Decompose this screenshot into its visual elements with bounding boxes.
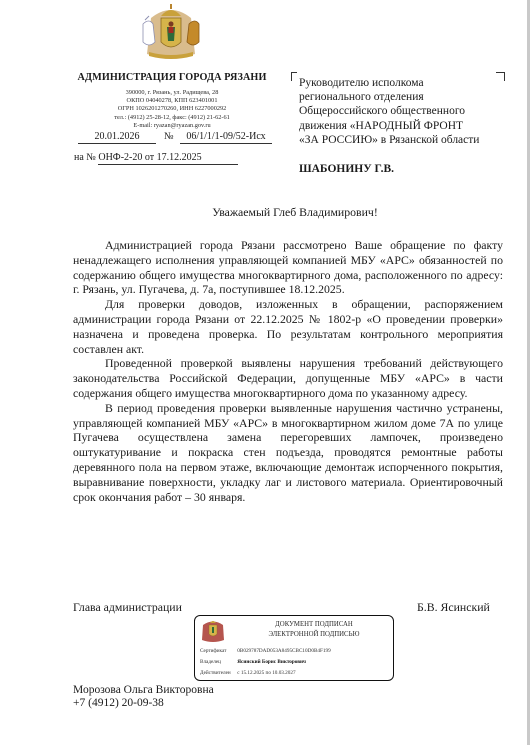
- paragraph: Для проверки доводов, изложенных в обращ…: [73, 297, 503, 356]
- letter-body: Администрацией города Рязани рассмотрено…: [73, 238, 503, 504]
- addressee-line: Общероссийского общественного: [299, 104, 519, 118]
- stamp-validity-row: Действителен с 15.12.2025 по 10.03.2027: [200, 670, 296, 676]
- okpo-line: ОКПО 04040278, КПП 623401001: [72, 97, 272, 105]
- salutation: Уважаемый Глеб Владимирович!: [60, 205, 530, 220]
- addressee-bracket-left: [291, 72, 297, 81]
- addressee-line: Руководителю исполкома: [299, 76, 519, 90]
- addressee-block: Руководителю исполкома регионального отд…: [299, 76, 519, 147]
- stamp-heading-line1: ДОКУМЕНТ ПОДПИСАН: [239, 620, 389, 630]
- addressee-line: движения «НАРОДНЫЙ ФРОНТ: [299, 119, 519, 133]
- registration-line: 20.01.2026 № 06/1/1/1-09/52-Исх: [78, 130, 268, 144]
- executor-contact: Морозова Ольга Викторовна +7 (4912) 20-0…: [73, 684, 214, 710]
- organization-contacts: 390000, г. Рязань, ул. Радищева, 28 ОКПО…: [72, 89, 272, 130]
- paragraph: Администрацией города Рязани рассмотрено…: [73, 238, 503, 297]
- executor-name: Морозова Ольга Викторовна: [73, 684, 214, 697]
- paragraph: Проведенной проверкой выявлены нарушения…: [73, 356, 503, 400]
- phone-fax-line: тел.: (4912) 25-28-12, факс: (4912) 21-6…: [72, 114, 272, 122]
- stamp-heading: ДОКУМЕНТ ПОДПИСАН ЭЛЕКТРОННОЙ ПОДПИСЬЮ: [239, 620, 389, 640]
- stamp-heading-line2: ЭЛЕКТРОННОЙ ПОДПИСЬЮ: [239, 630, 389, 640]
- document-date: 20.01.2026: [78, 130, 156, 144]
- reference-value: ОНФ-2-20 от 17.12.2025: [98, 151, 238, 165]
- signatory-title: Глава администрации: [73, 600, 182, 615]
- owner-value: Ясинский Борис Викторович: [237, 659, 306, 665]
- ogrn-line: ОГРН 1026201270260, ИНН 6227000292: [72, 105, 272, 113]
- owner-label: Владелец: [200, 659, 236, 665]
- reference-line: на № ОНФ-2-20 от 17.12.2025: [74, 151, 238, 165]
- certificate-value: 0B029787DAD053A8495CBC10D0B4F199: [237, 648, 330, 654]
- reference-prefix: на №: [74, 152, 98, 163]
- electronic-signature-stamp: ДОКУМЕНТ ПОДПИСАН ЭЛЕКТРОННОЙ ПОДПИСЬЮ С…: [194, 615, 394, 681]
- addressee-line: регионального отделения: [299, 90, 519, 104]
- validity-value: с 15.12.2025 по 10.03.2027: [237, 670, 295, 676]
- addressee-name: ШАБОНИНУ Г.В.: [299, 163, 394, 175]
- stamp-certificate-row: Сертификат 0B029787DAD053A8495CBC10D0B4F…: [200, 648, 331, 654]
- number-sign: №: [164, 130, 174, 143]
- executor-phone: +7 (4912) 20-09-38: [73, 697, 214, 710]
- email-line: E-mail: ryazan@ryazan.gov.ru: [72, 122, 272, 130]
- address-line: 390000, г. Рязань, ул. Радищева, 28: [72, 89, 272, 97]
- stamp-coat-of-arms-icon: [200, 619, 226, 643]
- addressee-line: «ЗА РОССИЮ» в Рязанской области: [299, 133, 519, 147]
- coat-of-arms-icon: [137, 4, 205, 62]
- validity-label: Действителен: [200, 670, 236, 676]
- signatory-name: Б.В. Ясинский: [417, 600, 490, 615]
- paragraph: В период проведения проверки выявленные …: [73, 401, 503, 505]
- certificate-label: Сертификат: [200, 648, 236, 654]
- organization-name: АДМИНИСТРАЦИЯ ГОРОДА РЯЗАНИ: [72, 72, 272, 83]
- stamp-owner-row: Владелец Ясинский Борис Викторович: [200, 659, 306, 665]
- outgoing-number: 06/1/1/1-09/52-Исх: [180, 130, 272, 144]
